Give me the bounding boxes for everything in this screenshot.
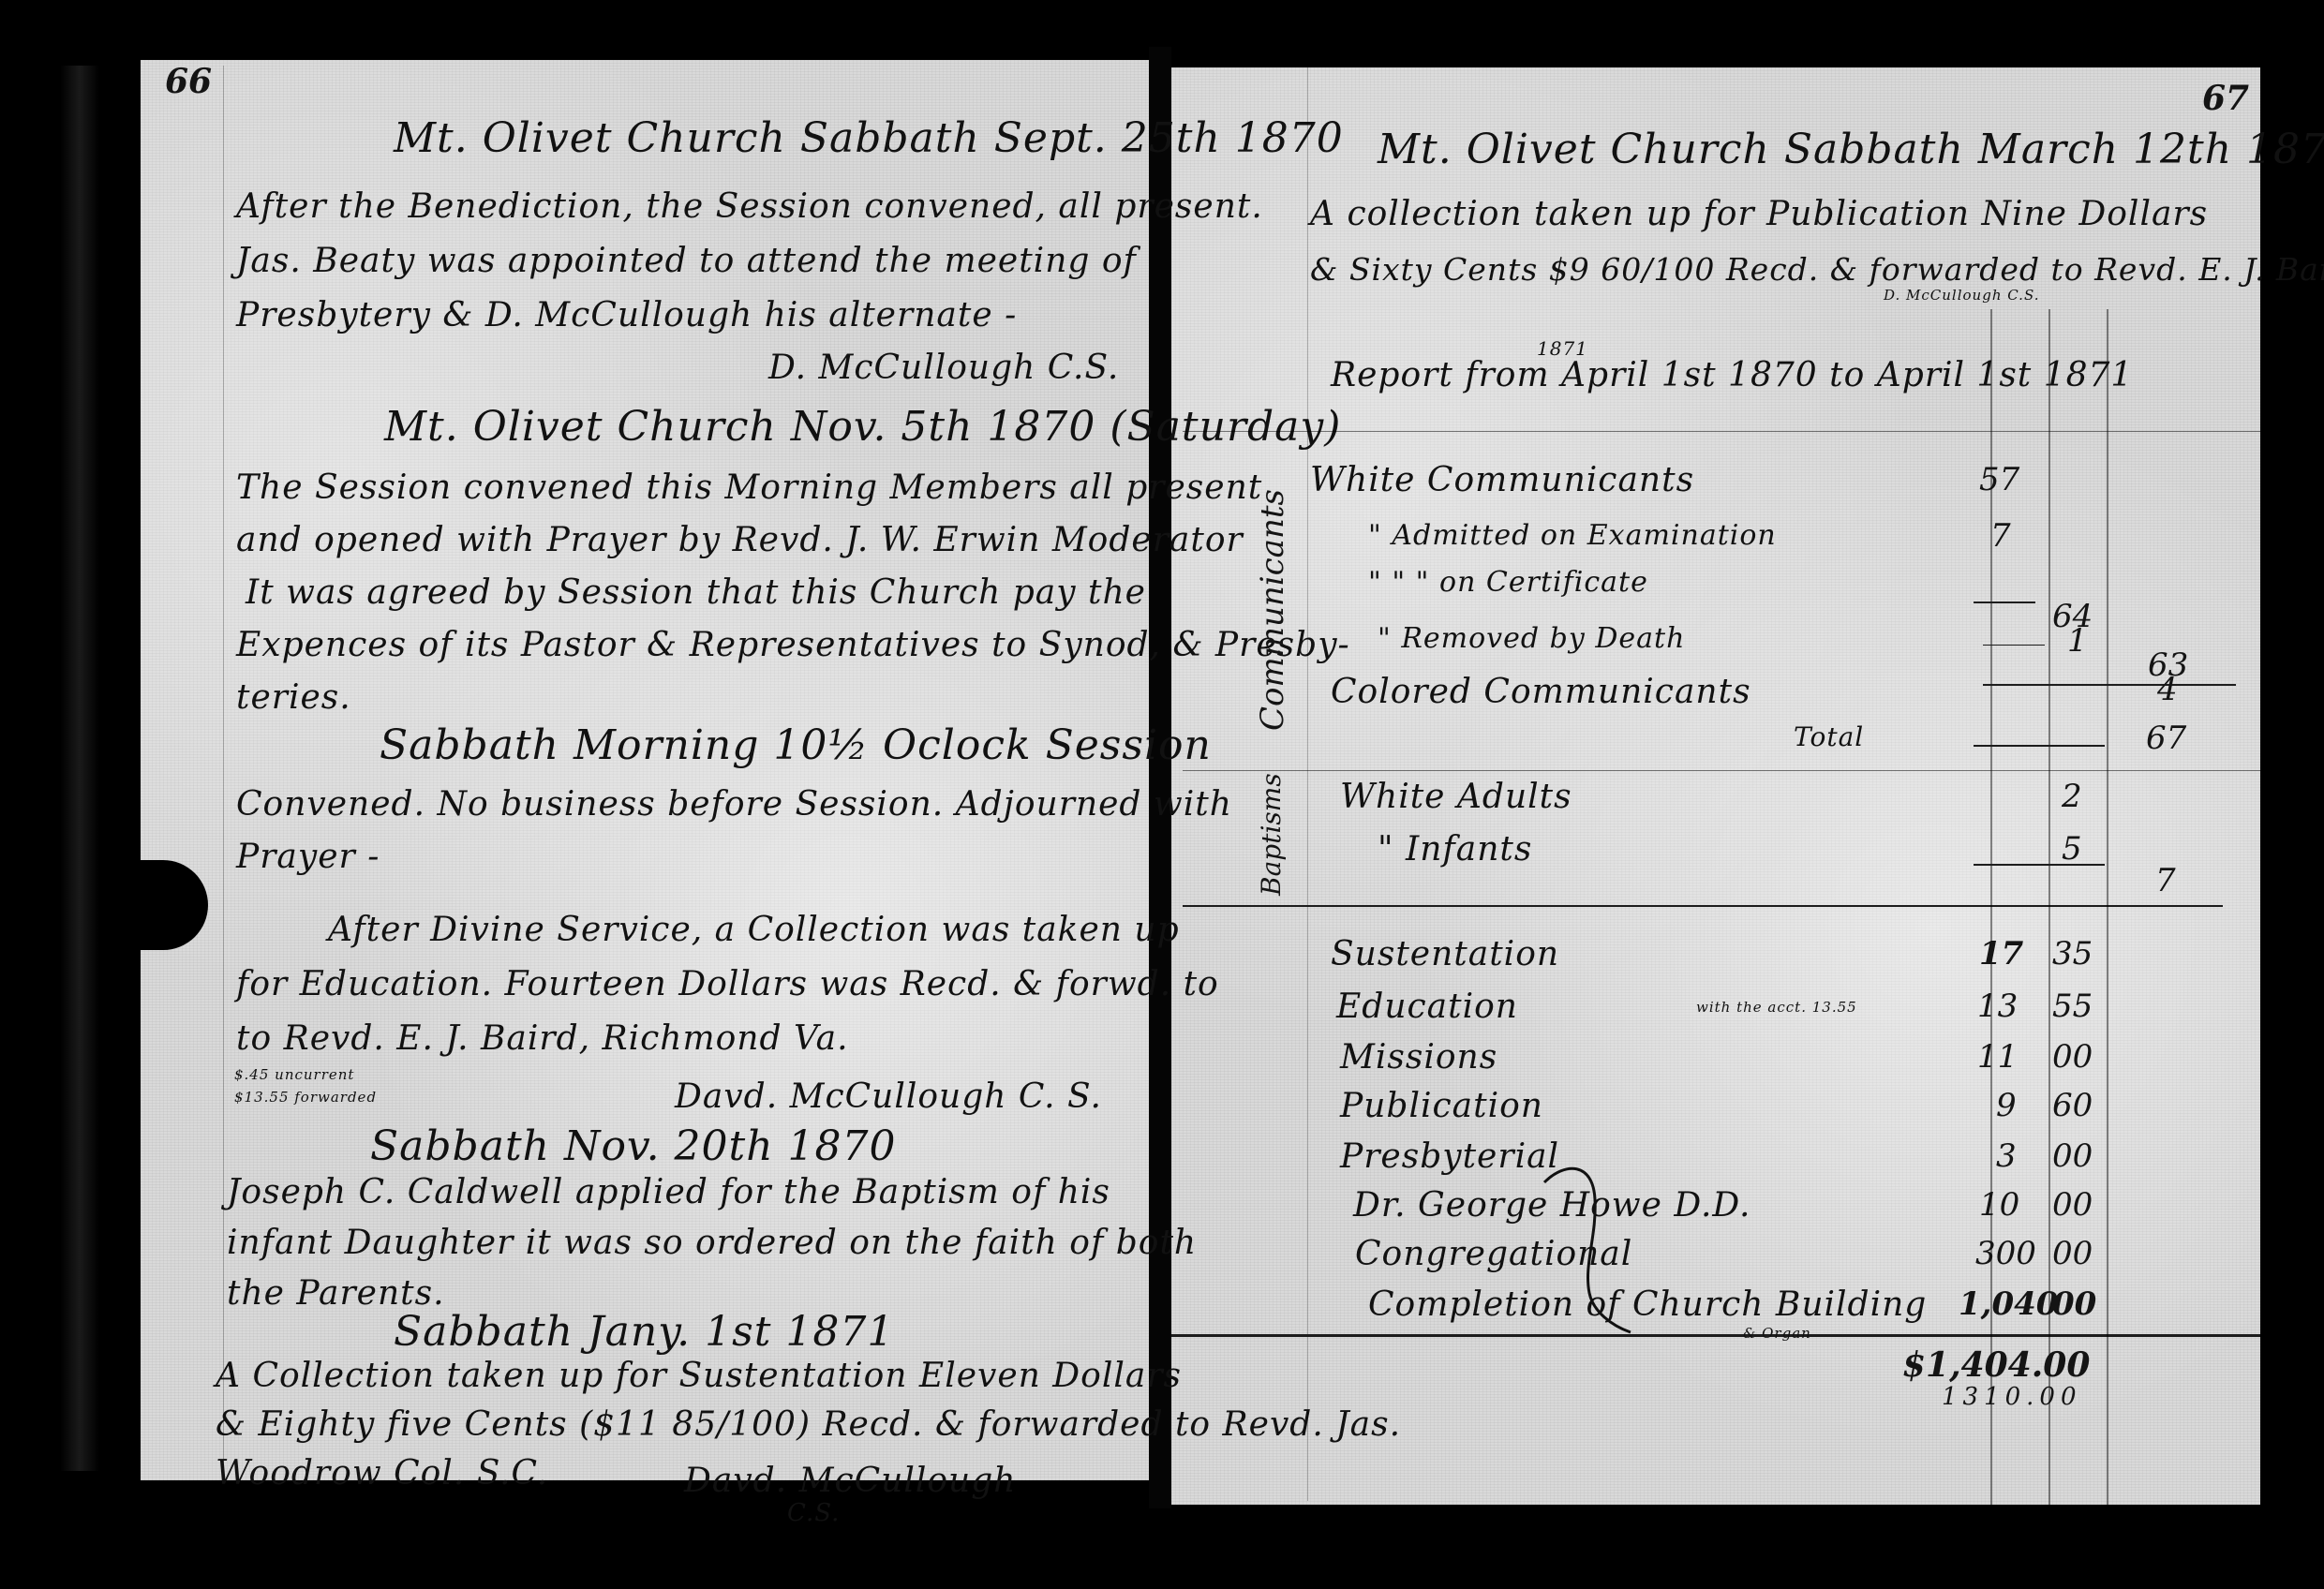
contribution-cents: 00 [2052, 1235, 2093, 1272]
contribution-dollars: 300 [1975, 1235, 2036, 1272]
entry-line: After Divine Service, a Collection was t… [328, 911, 1180, 949]
entry-line: Prayer - [236, 838, 380, 876]
contribution-label: Education [1336, 988, 1518, 1026]
ledger-label: " Admitted on Examination [1368, 519, 1777, 552]
ledger-label: Colored Communicants [1331, 673, 1751, 711]
ledger-rule [1183, 770, 2260, 771]
entry-line: A collection taken up for Publication Ni… [1310, 195, 2208, 233]
contribution-cents: 00 [2052, 1186, 2093, 1224]
contribution-label: Presbyterial [1340, 1137, 1559, 1176]
ledger-subtotal-rule [1974, 864, 2105, 866]
ledger-total-rule [1171, 1334, 2260, 1337]
grand-total: $1,404.00 [1902, 1345, 2090, 1385]
contribution-label: Sustentation [1331, 935, 1559, 973]
ledger-label: White Communicants [1310, 461, 1694, 499]
entry-heading: Sabbath Nov. 20th 1870 [370, 1122, 897, 1170]
contribution-dollars: 1,040 [1959, 1285, 2058, 1323]
contribution-dollars: 17 [1979, 935, 2023, 973]
ledger-subtotal-rule [1983, 645, 2045, 646]
ledger-label: " Infants [1378, 830, 1532, 869]
ledger-rule-baptisms-end [1183, 905, 2223, 907]
entry-line: Presbytery & D. McCullough his alternate… [236, 296, 1017, 334]
contribution-cents: 00 [2052, 1137, 2093, 1175]
ledger-value: 5 [2062, 830, 2082, 868]
ledger-label: " " " on Certificate [1368, 566, 1648, 599]
entry-line: After the Benediction, the Session conve… [236, 187, 1263, 226]
section-label-baptisms: Baptisms [1256, 773, 1287, 896]
sub-total: 1310.00 [1942, 1383, 2082, 1411]
page-number-left: 66 [165, 62, 212, 101]
ledger-value: 2 [2062, 778, 2082, 815]
ledger-subtotal-rule [1974, 745, 2105, 747]
entry-heading: Sabbath Morning 10½ Oclock Session [380, 721, 1212, 769]
right-margin-rule [1307, 67, 1308, 1501]
ledger-col-divider [2107, 309, 2108, 1546]
entry-heading: Sabbath Jany. 1st 1871 [394, 1308, 894, 1356]
contribution-cents: 60 [2052, 1087, 2093, 1124]
entry-line: infant Daughter it was so ordered on the… [227, 1224, 1197, 1262]
entry-line: to Revd. E. J. Baird, Richmond Va. [236, 1019, 849, 1058]
bracket-curve-annotation [1537, 1162, 1649, 1340]
report-title: Report from April 1st 1870 to April 1st … [1331, 356, 2133, 394]
ledger-label: " Removed by Death [1378, 622, 1685, 655]
contribution-note: with the acct. 13.55 [1696, 999, 1857, 1016]
section-label-communicants: Communicants [1254, 489, 1291, 731]
book-left-edge [60, 66, 126, 1471]
entry-line: teries. [236, 678, 351, 717]
contribution-cents: 55 [2052, 988, 2093, 1025]
book-spine [1149, 47, 1171, 1508]
entry-line: The Session convened this Morning Member… [236, 468, 1262, 507]
entry-heading: Mt. Olivet Church Nov. 5th 1870 (Saturda… [384, 403, 1341, 451]
entry-line: It was agreed by Session that this Churc… [246, 573, 1146, 612]
entry-line: Expences of its Pastor & Representatives… [236, 626, 1350, 664]
contribution-dollars: 9 [1996, 1087, 2017, 1124]
contribution-dollars: 10 [1979, 1186, 2019, 1224]
ledger-value: 1 [2067, 622, 2088, 660]
entry-signature: Davd. McCullough C. S. [675, 1077, 1102, 1116]
ledger-rule [1183, 431, 2260, 432]
entry-line: the Parents. [227, 1274, 445, 1313]
ledger-value: 7 [1990, 517, 2011, 555]
left-margin-rule [223, 66, 224, 1471]
entry-signature: Davd. McCullough [684, 1462, 1016, 1500]
contribution-subnote: & Organ [1743, 1325, 1811, 1342]
contribution-label: Publication [1340, 1087, 1543, 1125]
entry-signature-title: C.S. [787, 1499, 840, 1527]
interlinear-note: D. McCullough C.S. [1884, 287, 2039, 304]
contribution-dollars: 3 [1996, 1137, 2017, 1175]
entry-line: Joseph C. Caldwell applied for the Bapti… [227, 1173, 1110, 1211]
ledger-value: 4 [2157, 671, 2178, 708]
contribution-cents: 00 [2052, 1285, 2096, 1323]
entry-line: & Eighty five Cents ($11 85/100) Recd. &… [216, 1405, 1401, 1444]
ledger-value-total: 67 [2146, 720, 2186, 757]
entry-line: and opened with Prayer by Revd. J. W. Er… [236, 521, 1244, 559]
entry-line: Woodrow Col. S.C. [216, 1454, 548, 1492]
ledger-subtotal-rule [1974, 601, 2035, 603]
entry-line: & Sixty Cents $9 60/100 Recd. & forwarde… [1310, 251, 2324, 288]
entry-signature: D. McCullough C.S. [768, 349, 1119, 387]
margin-note: $13.55 forwarded [234, 1089, 377, 1106]
ledger-value-total: 7 [2155, 862, 2176, 899]
page-number-right: 67 [2202, 79, 2249, 118]
entry-heading: Mt. Olivet Church Sabbath March 12th 187… [1378, 126, 2324, 173]
contribution-dollars: 13 [1977, 988, 2018, 1025]
ledger-label: White Adults [1340, 778, 1572, 816]
entry-line: Convened. No business before Session. Ad… [236, 785, 1232, 824]
ledger-label-total: Total [1794, 721, 1864, 752]
contribution-cents: 00 [2052, 1038, 2093, 1076]
ledger-subtotal-rule [1983, 684, 2236, 686]
thumb-index-notch [105, 860, 208, 950]
entry-line: Jas. Beaty was appointed to attend the m… [236, 242, 1137, 280]
contribution-cents: 35 [2052, 935, 2093, 973]
ledger-value: 57 [1979, 461, 2019, 498]
contribution-label: Missions [1340, 1038, 1497, 1077]
entry-heading: Mt. Olivet Church Sabbath Sept. 25th 187… [394, 114, 1344, 162]
contribution-dollars: 11 [1977, 1038, 2018, 1076]
entry-line: for Education. Fourteen Dollars was Recd… [236, 965, 1219, 1003]
entry-line: A Collection taken up for Sustentation E… [216, 1357, 1182, 1395]
margin-note: $.45 uncurrent [234, 1066, 354, 1083]
